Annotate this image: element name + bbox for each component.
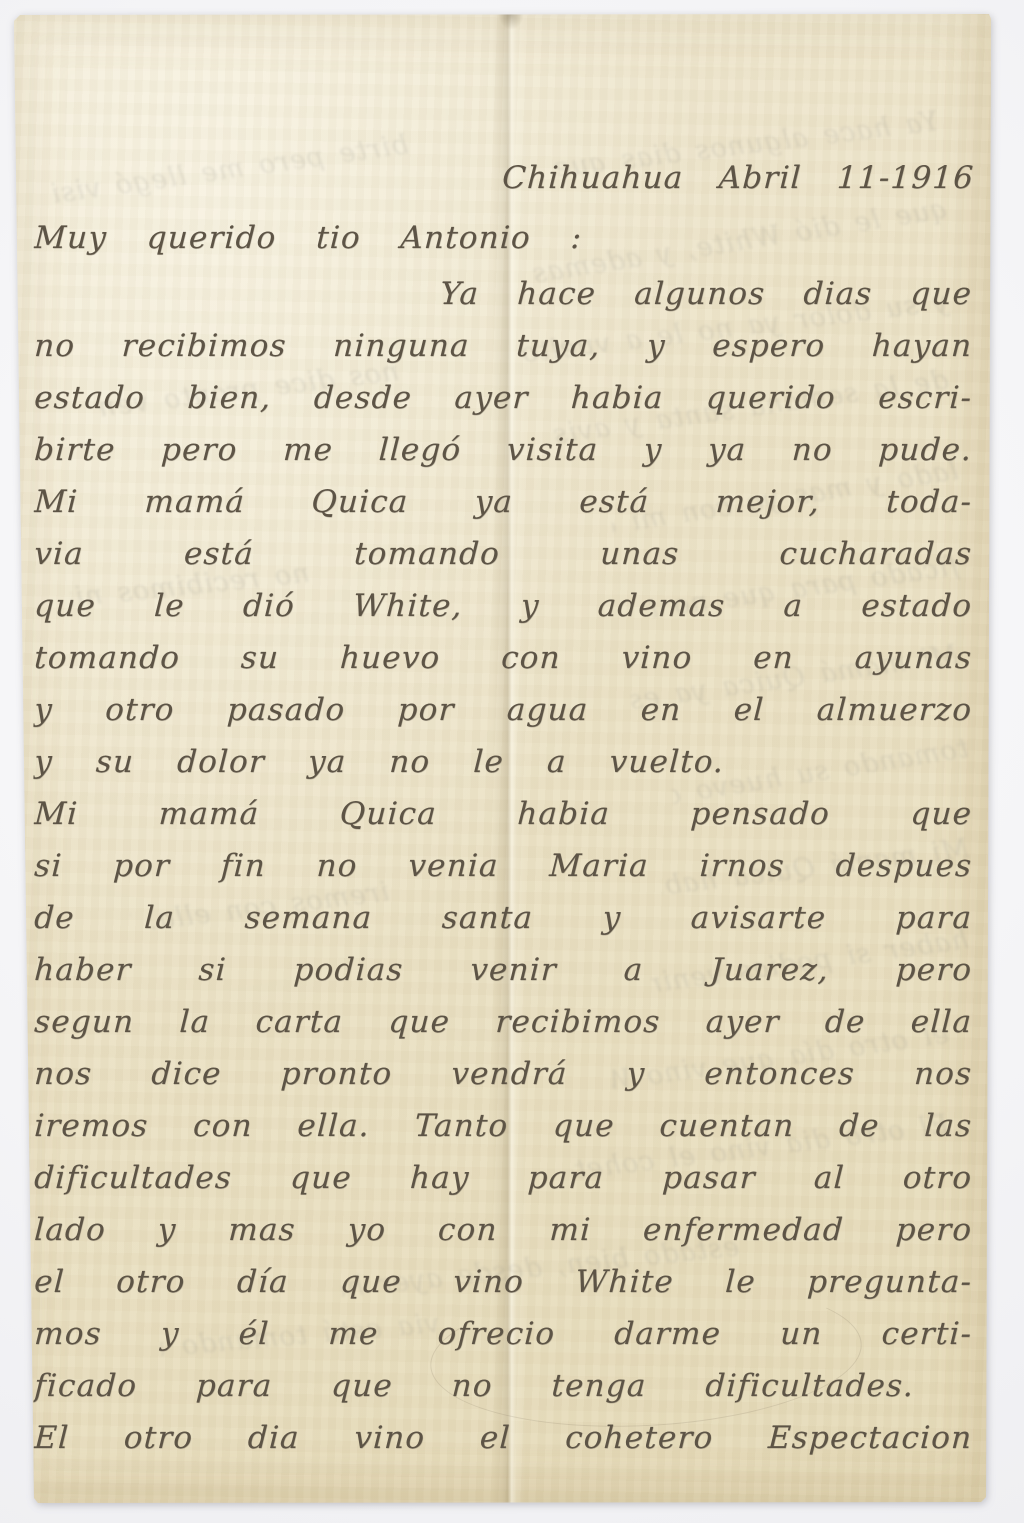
letter-line: que le dió White, y ademas a estado: [33, 588, 973, 634]
letter-line: nos dice pronto vendrá y entonces nos: [33, 1056, 973, 1102]
scan-background: Ya hace algunos dias quebirte pero me ll…: [0, 0, 1024, 1523]
letter-line: Mi mamá Quica ya está mejor, toda-: [33, 484, 973, 530]
dateline: Chihuahua Abril 11-1916: [501, 160, 975, 206]
letter-line: el otro día que vino White le pregunta-: [33, 1264, 973, 1310]
letter-line: Mi mamá Quica habia pensado que: [33, 796, 973, 842]
handwriting-layer: Chihuahua Abril 11-1916 Muy querido tio …: [10, 14, 992, 1504]
letter-line: mos y él me ofrecio darme un certi-: [33, 1316, 973, 1362]
letter-line: de la semana santa y avisarte para: [33, 900, 973, 946]
letter-line: tomando su huevo con vino en ayunas: [33, 640, 973, 686]
letter-line: Ya hace algunos dias que: [439, 276, 973, 322]
letter-line: segun la carta que recibimos ayer de ell…: [33, 1004, 973, 1050]
letter-line: iremos con ella. Tanto que cuentan de la…: [33, 1108, 973, 1154]
letter-line: haber si podias venir a Juarez, pero: [33, 952, 973, 998]
letter-line: via está tomando unas cucharadas: [33, 536, 973, 582]
letter-line: lado y mas yo con mi enfermedad pero: [33, 1212, 973, 1258]
letter-line: y su dolor ya no le a vuelto.: [33, 744, 725, 790]
letter-page: Ya hace algunos dias quebirte pero me ll…: [10, 14, 992, 1504]
letter-line: no recibimos ninguna tuya, y espero haya…: [33, 328, 973, 374]
letter-line: y otro pasado por agua en el almuerzo: [33, 692, 973, 738]
salutation: Muy querido tio Antonio :: [33, 220, 583, 266]
letter-page-wrapper: Ya hace algunos dias quebirte pero me ll…: [10, 14, 992, 1504]
letter-line: dificultades que hay para pasar al otro: [33, 1160, 973, 1206]
letter-line: si por fin no venia Maria irnos despues: [33, 848, 973, 894]
letter-line: birte pero me llegó visita y ya no pude.: [33, 432, 973, 478]
letter-line: El otro dia vino el cohetero Espectacion: [33, 1420, 973, 1466]
letter-line: estado bien, desde ayer habia querido es…: [33, 380, 973, 426]
letter-line: ficado para que no tenga dificultades.: [33, 1368, 915, 1414]
